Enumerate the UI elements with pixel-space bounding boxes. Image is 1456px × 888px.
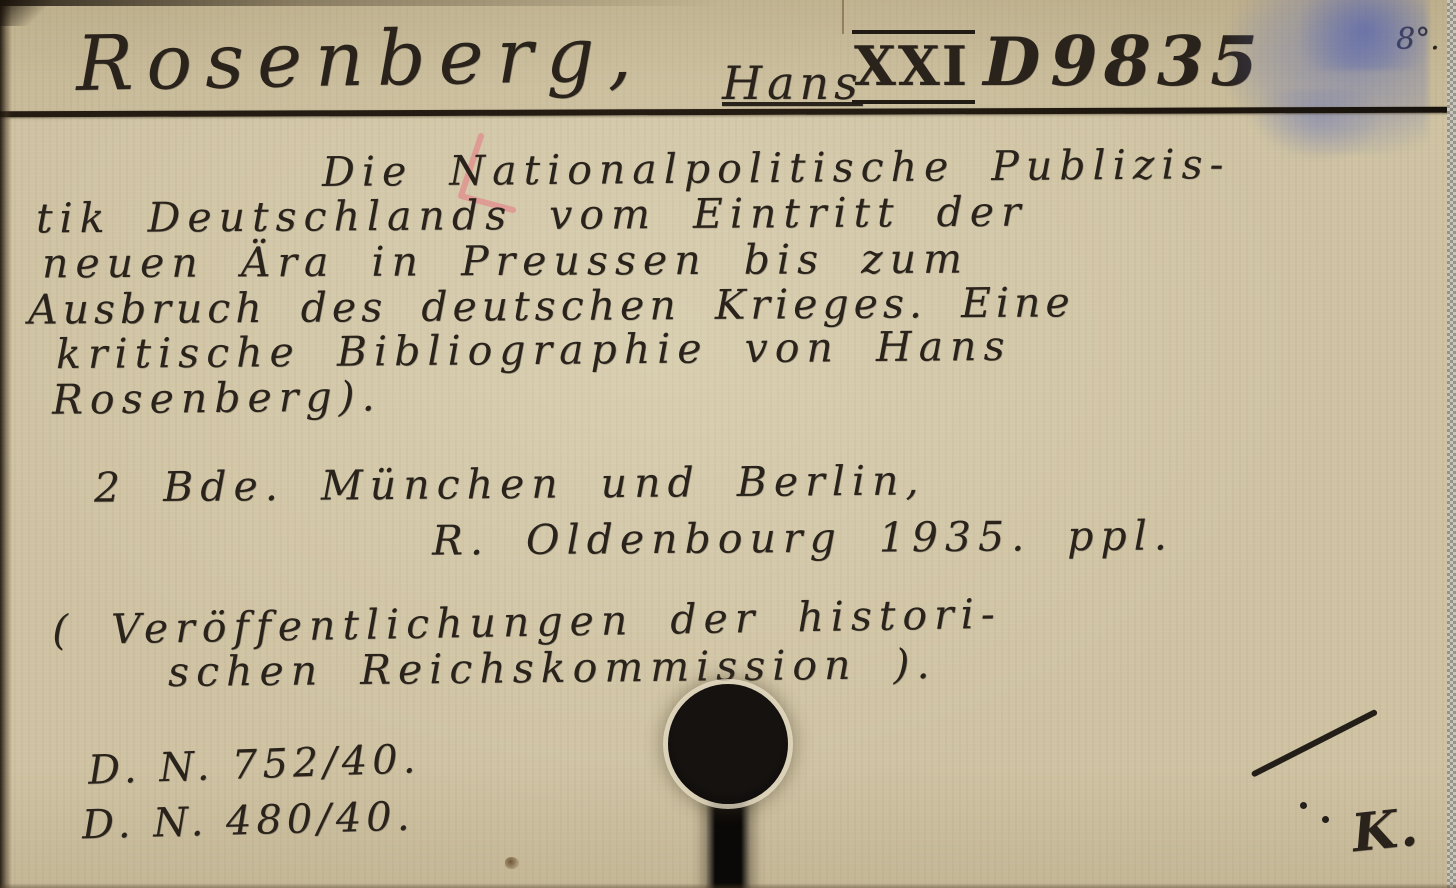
call-number-class: XXI: [852, 30, 975, 104]
card-corner-shadow: [0, 0, 52, 26]
title-line: kritische Bibliographie von Hans: [56, 322, 1012, 378]
catalog-card: Rosenberg, Hans XXI D 9835 8°. Die Natio…: [0, 0, 1456, 888]
author-forename: Hans: [722, 56, 863, 110]
check-slash-mark: [1251, 709, 1378, 778]
imprint-line: 2 Bde. München und Berlin,: [94, 456, 926, 511]
call-number: XXI D 9835: [852, 22, 1264, 102]
card-top-edge: [0, 0, 760, 6]
call-number-letter: D: [975, 23, 1040, 101]
brown-spot: [505, 857, 519, 869]
author-name: Rosenberg,: [75, 9, 645, 108]
scanner-edge-strip: [1447, 0, 1456, 888]
title-line: Rosenberg).: [52, 372, 382, 423]
scan-crease: [842, 0, 844, 34]
check-dot: [1300, 802, 1307, 809]
imprint-line: R. Oldenbourg 1935. ppl.: [432, 511, 1174, 564]
title-line: Die Nationalpolitische Publizis-: [322, 140, 1231, 196]
series-line: schen Reichskommission ).: [168, 640, 937, 696]
check-dot: [1322, 816, 1329, 823]
card-bottom-edge: [0, 883, 1456, 888]
librarian-initial: K.: [1349, 797, 1422, 865]
call-number-number: 9835: [1040, 22, 1263, 102]
punch-hole: [668, 684, 788, 804]
accession-number: D. N. 752/40.: [87, 736, 421, 794]
format-mark: 8°.: [1396, 22, 1440, 57]
card-left-edge: [0, 0, 12, 888]
accession-number: D. N. 480/40.: [81, 794, 414, 849]
